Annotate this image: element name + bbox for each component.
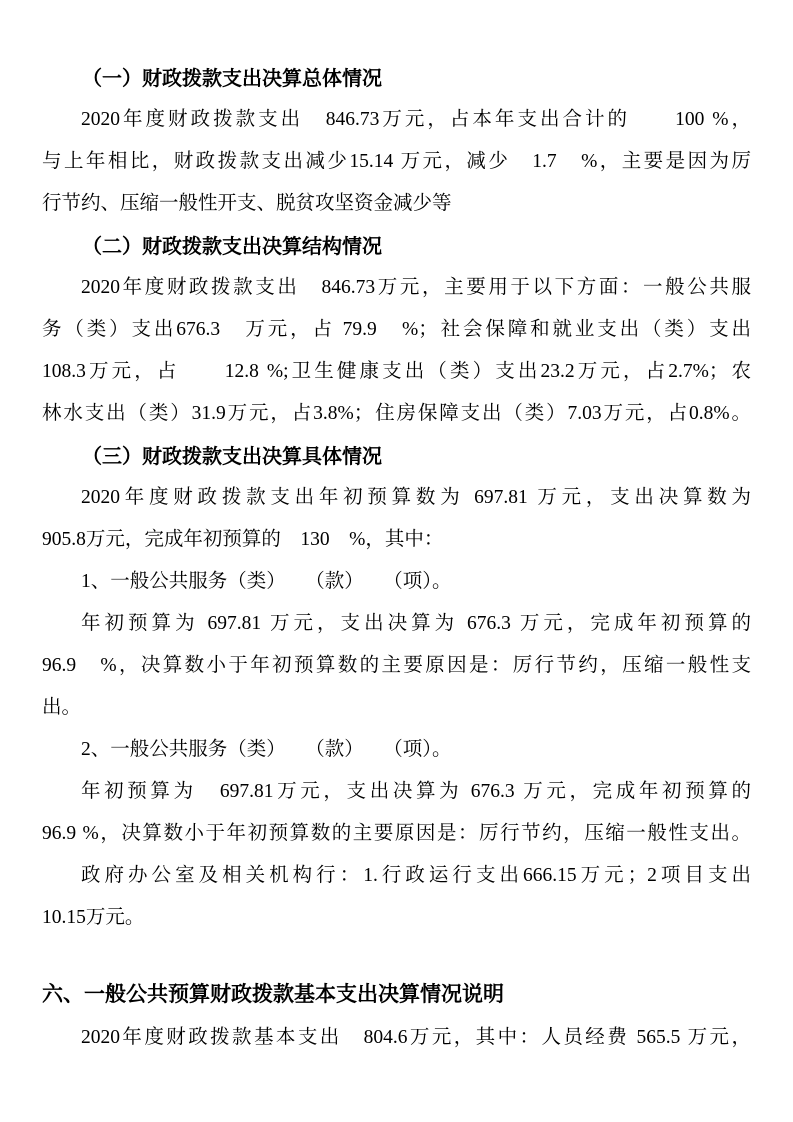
text-line: 务（类）支出676.3 万元，占 79.9 %；社会保障和就业支出（类）支出 <box>42 309 751 351</box>
paragraph-gap <box>42 939 751 971</box>
list-item-2: 2、一般公共服务（类） （款） （项）。 <box>42 729 751 771</box>
section-heading-6: 六、一般公共预算财政拨款基本支出决算情况说明 <box>42 971 751 1017</box>
list-item-1: 1、一般公共服务（类） （款） （项）。 <box>42 561 751 603</box>
text-line: 2020年度财政拨款支出 846.73万元，占本年支出合计的 100 %， <box>42 99 751 141</box>
text-line: 905.8万元，完成年初预算的 130 %，其中： <box>42 519 751 561</box>
text-line: 96.9 %，决算数小于年初预算数的主要原因是：厉行节约，压缩一般性支出。 <box>42 813 751 855</box>
text-line: 2020年度财政拨款支出 846.73万元，主要用于以下方面：一般公共服 <box>42 267 751 309</box>
text-line: 林水支出（类）31.9万元，占3.8%；住房保障支出（类）7.03万元，占0.8… <box>42 393 751 435</box>
subsection-heading-2: （二）财政拨款支出决算结构情况 <box>42 225 751 267</box>
text-line: 政府办公室及相关机构行：1.行政运行支出666.15万元；2项目支出 <box>42 855 751 897</box>
text-line: 行节约、压缩一般性开支、脱贫攻坚资金减少等 <box>42 183 751 225</box>
text-line: 108.3万元，占 12.8 %;卫生健康支出（类）支出23.2万元，占2.7%… <box>42 351 751 393</box>
subsection-heading-1: （一）财政拨款支出决算总体情况 <box>42 57 751 99</box>
text-line: 与上年相比，财政拨款支出减少15.14 万元，减少 1.7 %，主要是因为厉 <box>42 141 751 183</box>
document-page: （一）财政拨款支出决算总体情况 2020年度财政拨款支出 846.73万元，占本… <box>0 0 793 1122</box>
subsection-heading-3: （三）财政拨款支出决算具体情况 <box>42 435 751 477</box>
text-line: 年初预算为 697.81万元，支出决算为 676.3 万元，完成年初预算的 <box>42 771 751 813</box>
text-line: 年初预算为 697.81 万元，支出决算为 676.3 万元，完成年初预算的 <box>42 603 751 645</box>
text-line: 10.15万元。 <box>42 897 751 939</box>
text-line: 2020年度财政拨款支出年初预算数为 697.81 万元，支出决算数为 <box>42 477 751 519</box>
text-line: 96.9 %，决算数小于年初预算数的主要原因是：厉行节约，压缩一般性支 <box>42 645 751 687</box>
text-line: 出。 <box>42 687 751 729</box>
text-line: 2020年度财政拨款基本支出 804.6万元，其中：人员经费 565.5 万元， <box>42 1017 751 1059</box>
